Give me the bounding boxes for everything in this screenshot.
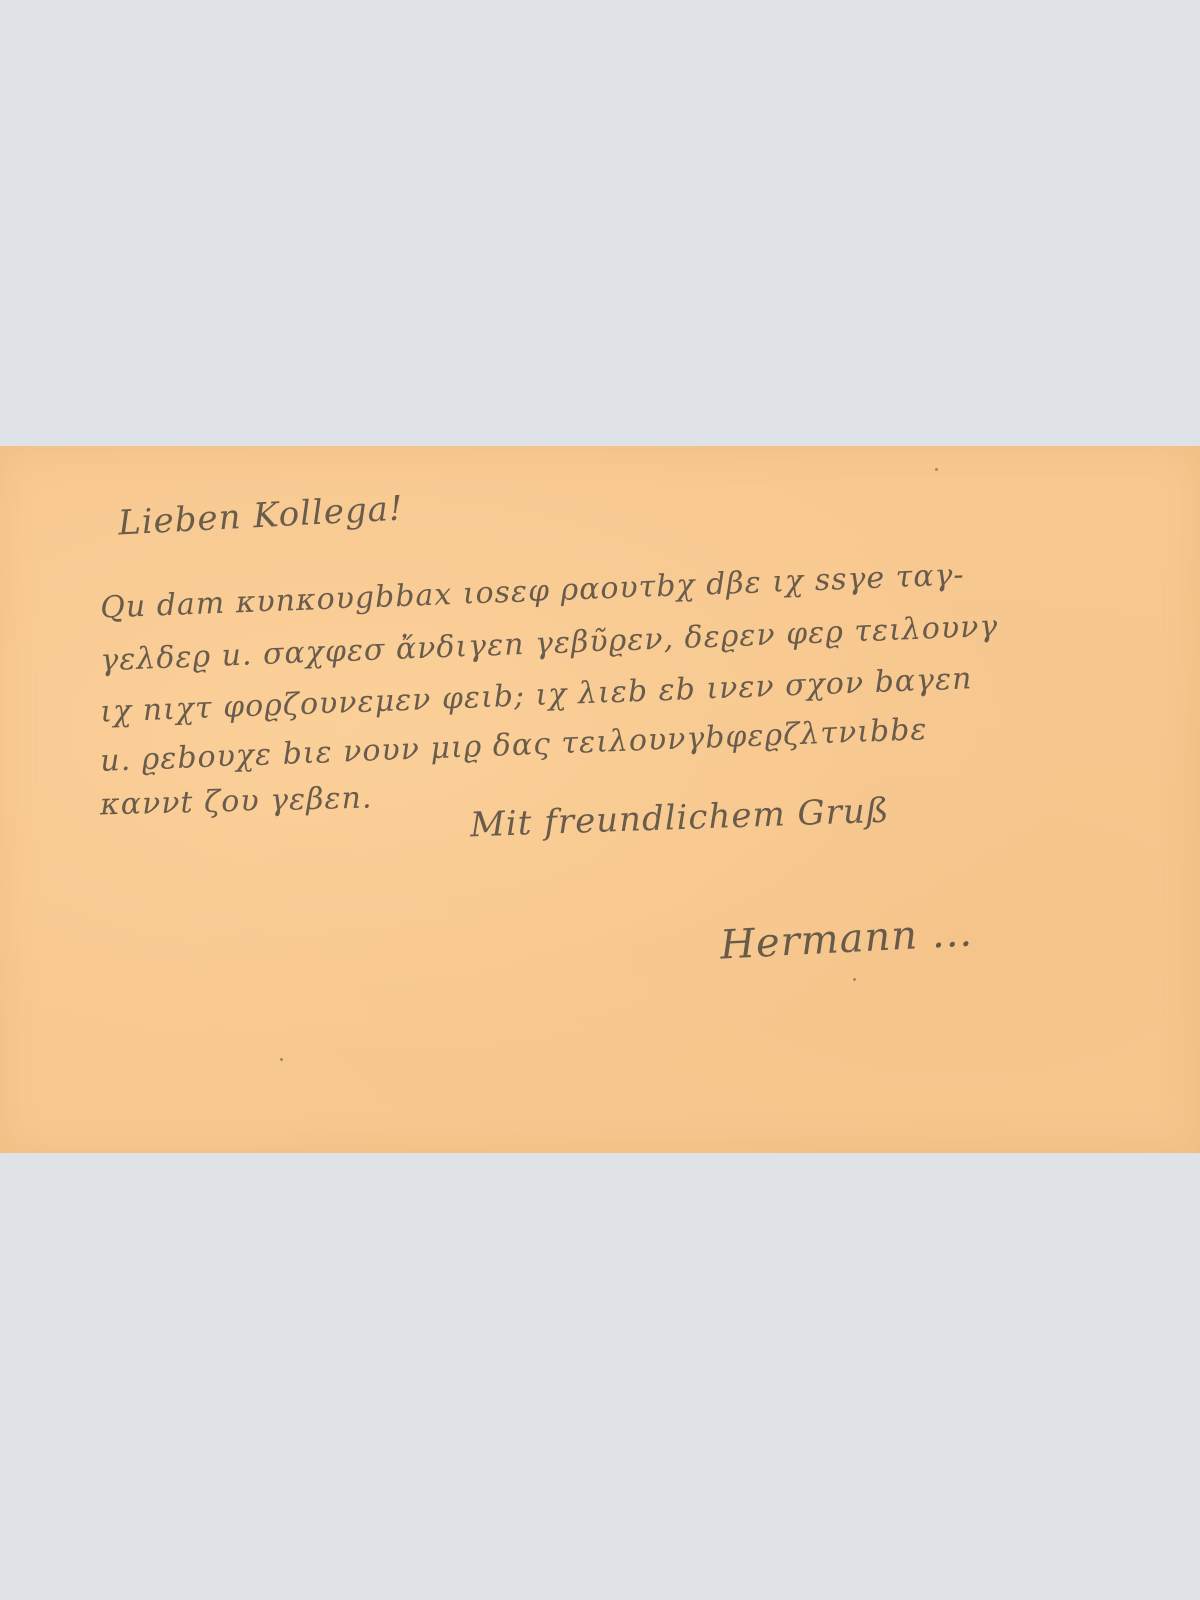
postcard: Lieben Kollega! Qu dam κυnκουgbbax ιοsεφ… (0, 446, 1200, 1153)
salutation: Lieben Kollega! (117, 489, 404, 544)
paper-speck (280, 1058, 283, 1061)
signature: Hermann ... (719, 909, 974, 968)
paper-speck (935, 468, 938, 471)
body-line-5: καννt ζου γεβεn. (100, 780, 373, 822)
closing: Mit freundlichem Gruß (469, 791, 890, 846)
paper-speck (853, 978, 856, 981)
